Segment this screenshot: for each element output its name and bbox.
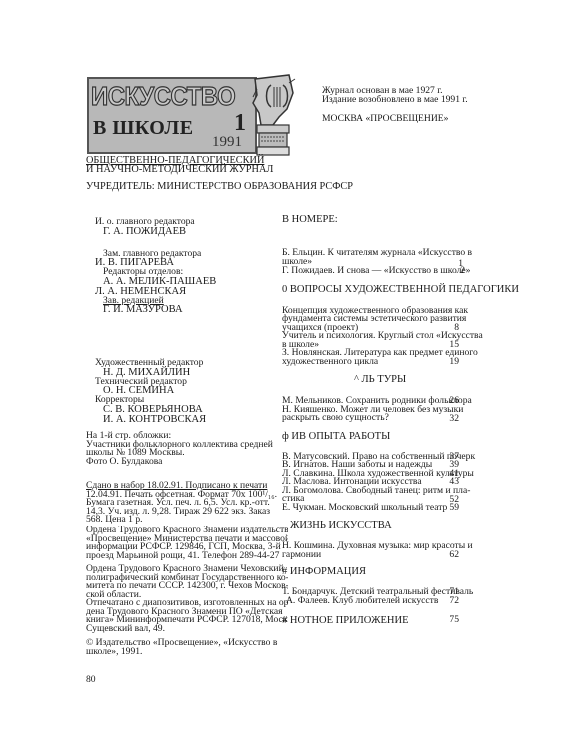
toc-entry: Г. Пожидаев. И снова — «Искусство в школ… bbox=[282, 267, 472, 276]
toc-page-number: 75 bbox=[439, 616, 459, 625]
toc-entry: А. Фалеев. Клуб любителей искусств 72 bbox=[282, 597, 472, 606]
toc-section-title: ^ ЛЬ ТУРЫ bbox=[282, 375, 472, 385]
toc-page-number: 62 bbox=[439, 551, 459, 560]
toc-page-number: 19 bbox=[439, 358, 459, 367]
page-number: 80 bbox=[86, 675, 96, 684]
toc-entry: З. Новлянская. Литература как предмет ед… bbox=[282, 349, 472, 366]
toc-entry: # НОТНОЕ ПРИЛОЖЕНИЕ 75 bbox=[282, 616, 472, 626]
toc-page-number: 59 bbox=[439, 504, 459, 513]
publisher-line: проезд Марьиной рощи, 41. Телефон 289-44… bbox=[86, 552, 288, 561]
founding-info: Журнал основан в мае 1927 г. Издание воз… bbox=[322, 86, 468, 123]
toc-entry: Е. Чукман. Московский школьный театр 59 bbox=[282, 504, 472, 513]
diapositive-line: Сущевский вал, 49. bbox=[86, 625, 288, 634]
toc-page-number: 72 bbox=[439, 597, 459, 606]
toc-entry: Л. Богомолова. Свободный танец: ритм и п… bbox=[282, 487, 472, 504]
staff-name: А. А. МЕЛИК-ПАШАЕВ bbox=[95, 277, 275, 287]
toc-entry-text: Г. Пожидаев. И снова — «Искусство в школ… bbox=[282, 267, 472, 276]
toc-entry: Н. Кошмина. Духовная музыка: мир красоты… bbox=[282, 542, 472, 559]
publisher-city: МОСКВА «ПРОСВЕЩЕНИЕ» bbox=[322, 114, 468, 123]
cover-note-line: Фото О. Булдакова bbox=[86, 458, 273, 467]
toc-heading: В НОМЕРЕ: bbox=[282, 215, 472, 225]
publisher-info: Ордена Трудового Красного Знамени издате… bbox=[86, 526, 288, 656]
imprint-line: 568. Цена 1 р. bbox=[86, 516, 277, 525]
table-of-contents: В НОМЕРЕ: Б. Ельцин. К читателям журнала… bbox=[282, 215, 472, 626]
copyright-line: школе», 1991. bbox=[86, 648, 288, 657]
staff-name: С. В. КОВЕРЬЯНОВА bbox=[95, 405, 275, 415]
revived-line: Издание возобновлено в мае 1991 г. bbox=[322, 95, 468, 104]
toc-entry-text: Л. Богомолова. Свободный танец: ритм и п… bbox=[282, 487, 472, 496]
print-imprint: Сдано в набор 18.02.91. Подписано к печа… bbox=[86, 482, 277, 525]
editorial-staff: И. о. главного редактора Г. А. ПОЖИДАЕВ … bbox=[95, 218, 275, 425]
toc-section-title: ф ИВ ОПЫТА РАБОТЫ bbox=[282, 432, 472, 442]
staff-name: И. А. КОНТРОВСКАЯ bbox=[95, 415, 275, 425]
toc-section-title: # ИНФОРМАЦИЯ bbox=[282, 567, 472, 577]
toc-section-title: ЖИЗНЬ ИСКУССТВА bbox=[282, 521, 472, 531]
toc-entry: Н. Кияшенко. Может ли человек без музыки… bbox=[282, 406, 472, 423]
staff-name: Г. А. ПОЖИДАЕВ bbox=[95, 227, 275, 237]
lyre-head-emblem-icon bbox=[249, 73, 297, 157]
journal-type: ОБЩЕСТВЕННО-ПЕДАГОГИЧЕСКИЙ И НАУЧНО-МЕТО… bbox=[86, 157, 353, 192]
toc-page-number: 32 bbox=[439, 415, 459, 424]
toc-page-number: 2 bbox=[445, 267, 465, 276]
cover-photo-note: На 1-й стр. обложки: Участники фольклорн… bbox=[86, 432, 273, 466]
journal-type-line2: И НАУЧНО-МЕТОДИЧЕСКИЙ ЖУРНАЛ bbox=[86, 166, 353, 175]
masthead-title-line2: В ШКОЛЕ bbox=[93, 117, 194, 140]
toc-section-title: 0 ВОПРОСЫ ХУДОЖЕСТВЕННОЙ ПЕДАГОГИКИ bbox=[282, 285, 472, 295]
toc-entry: Б. Ельцин. К читателям журнала «Искусств… bbox=[282, 249, 472, 266]
masthead-year: 1991 bbox=[212, 134, 242, 151]
masthead-issue-number: 1 bbox=[234, 110, 246, 137]
staff-name: Г. И. МАЗУРОВА bbox=[95, 305, 275, 315]
founder-line: УЧРЕДИТЕЛЬ: МИНИСТЕРСТВО ОБРАЗОВАНИЯ РСФ… bbox=[86, 182, 353, 192]
journal-masthead: ИСКУССТВО В ШКОЛЕ 1 1991 bbox=[87, 77, 292, 154]
masthead-title-line1: ИСКУССТВО bbox=[91, 81, 235, 112]
toc-entry: Концепция художественного образования ка… bbox=[282, 307, 472, 333]
